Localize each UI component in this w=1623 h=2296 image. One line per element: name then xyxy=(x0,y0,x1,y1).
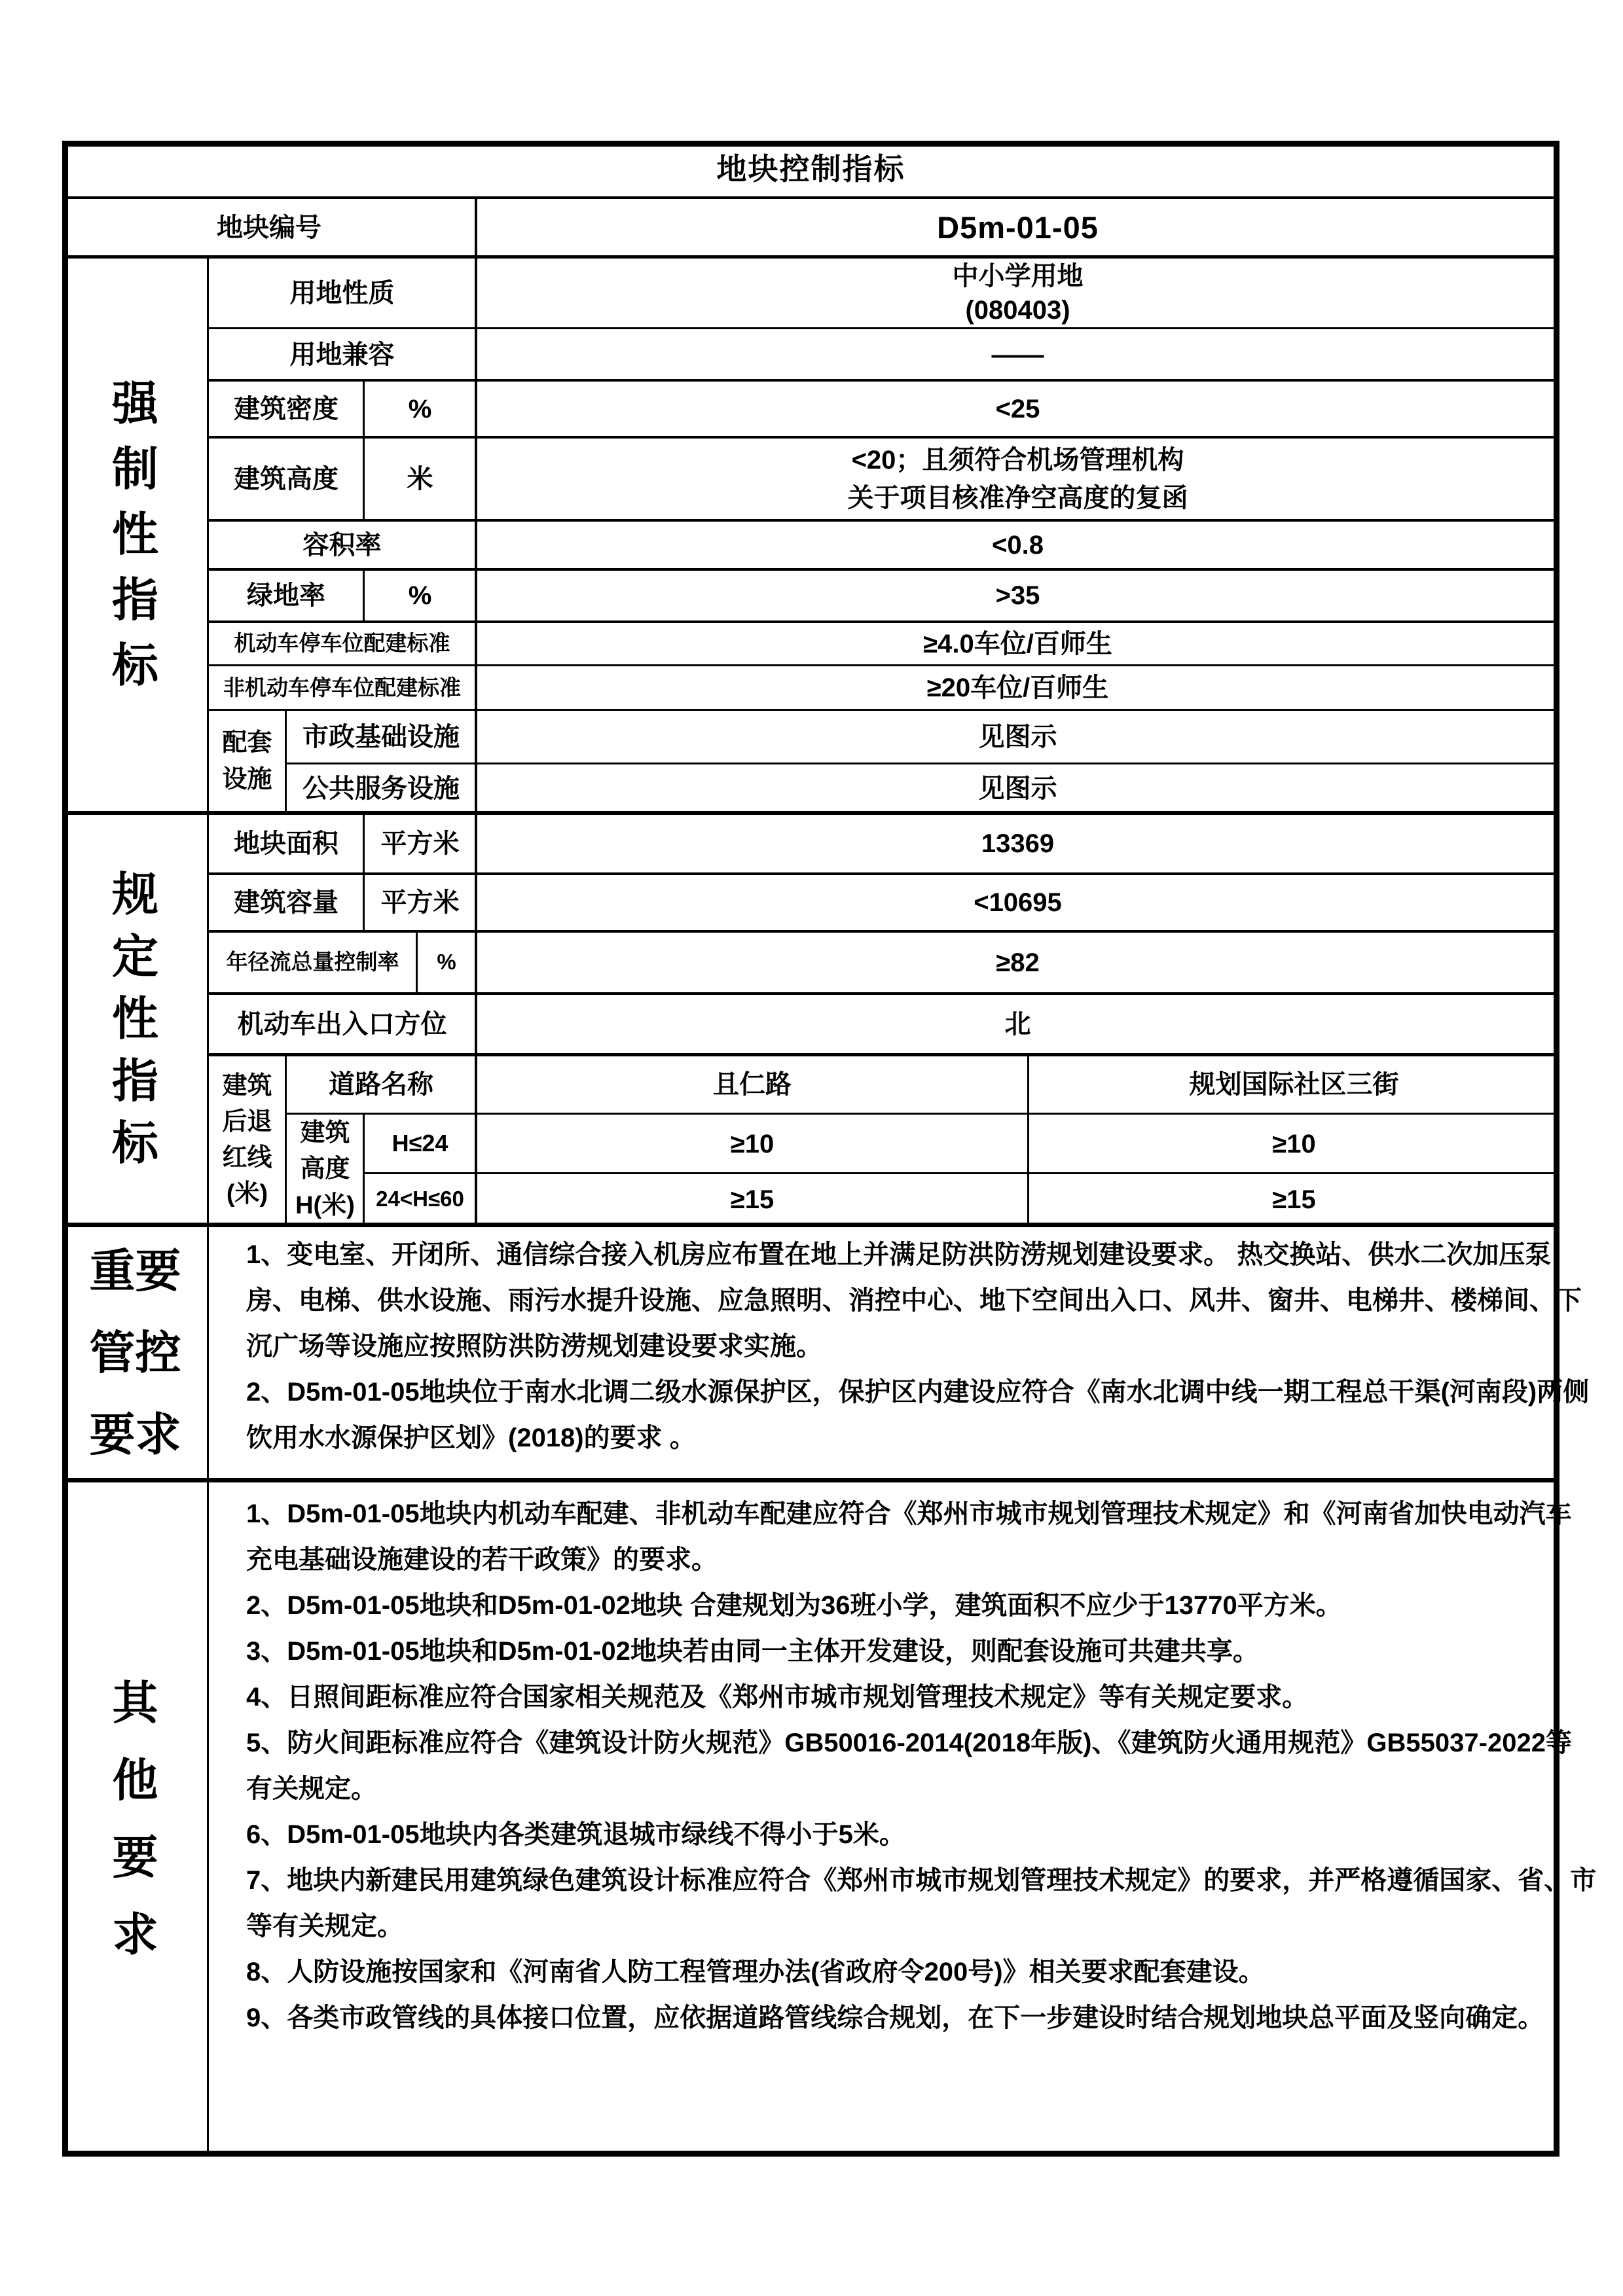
divider-line xyxy=(208,872,1559,875)
motor-parking-label: 机动车停车位配建标准 xyxy=(208,622,476,666)
setback-condition-1: H≤24 xyxy=(364,1114,476,1174)
setback-value-1-road1: ≥10 xyxy=(476,1114,1029,1174)
divider-line xyxy=(208,930,1559,933)
divider-line xyxy=(1027,1055,1029,1225)
municipal-facilities-label: 市政基础设施 xyxy=(286,710,476,764)
table-border-left xyxy=(62,141,68,2157)
table-border-bottom xyxy=(62,2151,1559,2157)
setback-value-1-road2: ≥10 xyxy=(1029,1114,1559,1174)
table-border-top xyxy=(62,141,1559,147)
public-facilities-label: 公共服务设施 xyxy=(286,764,476,813)
plot-area-value: 13369 xyxy=(476,813,1559,874)
runoff-control-unit: % xyxy=(417,931,476,994)
divider-line xyxy=(208,379,1559,382)
municipal-facilities-value: 见图示 xyxy=(476,710,1559,764)
road-name-1: 且仁路 xyxy=(476,1055,1029,1114)
setback-height-header: 建筑 高度 H(米) xyxy=(286,1114,364,1225)
runoff-control-value: ≥82 xyxy=(476,931,1559,994)
divider-line xyxy=(285,710,287,813)
table-border-right xyxy=(1554,141,1559,2157)
divider-line xyxy=(363,380,365,520)
far-value: <0.8 xyxy=(476,520,1559,569)
other-paragraph-4: 4、日照间距标准应符合国家相关规范及《郑州市城市规划管理技术规定》等有关规定要求… xyxy=(246,1674,1597,1720)
land-compat-value: —— xyxy=(476,329,1559,380)
divider-line xyxy=(208,327,1559,329)
plot-area-label: 地块面积 xyxy=(208,813,364,874)
category-mandatory-indicators: 强 制 性 指 标 xyxy=(62,257,208,813)
green-rate-value: >35 xyxy=(476,569,1559,622)
green-rate-unit: % xyxy=(364,569,476,622)
building-capacity-value: <10695 xyxy=(476,874,1559,931)
other-paragraph-6: 6、D5m-01-05地块内各类建筑退城市绿线不得小于5米。 xyxy=(246,1812,1597,1857)
plot-code-label: 地块编号 xyxy=(62,198,476,257)
building-height-value: <20；且须符合机场管理机构 关于项目核准净空高度的复函 xyxy=(476,437,1559,520)
vehicle-entrance-label: 机动车出入口方位 xyxy=(208,994,476,1055)
plot-control-table: 地块控制指标 地块编号 D5m-01-05 强 制 性 指 标 用地性质 中小学… xyxy=(62,141,1559,2157)
divider-line xyxy=(364,1172,1559,1174)
divider-line xyxy=(363,813,365,931)
other-paragraph-1: 1、D5m-01-05地块内机动车配建、非机动车配建应符合《郑州市城市规划管理技… xyxy=(246,1491,1597,1583)
divider-line xyxy=(208,519,1559,522)
divider-line xyxy=(475,198,477,1225)
table-title: 地块控制指标 xyxy=(62,141,1559,198)
other-paragraph-3: 3、D5m-01-05地块和D5m-01-02地块若由同一主体开发建设，则配套设… xyxy=(246,1628,1597,1674)
other-paragraph-9: 9、各类市政管线的具体接口位置，应依据道路管线综合规划，在下一步建设时结合规划地… xyxy=(246,1995,1597,2041)
document-page: 地块控制指标 地块编号 D5m-01-05 强 制 性 指 标 用地性质 中小学… xyxy=(0,0,1623,2296)
density-label: 建筑密度 xyxy=(208,380,364,437)
category-regulatory-indicators: 规 定 性 指 标 xyxy=(62,813,208,1225)
density-unit: % xyxy=(364,380,476,437)
public-facilities-value: 见图示 xyxy=(476,764,1559,813)
key-control-paragraph-2: 2、D5m-01-05地块位于南水北调二级水源保护区，保护区内建设应符合《南水北… xyxy=(246,1369,1597,1461)
land-compat-label: 用地兼容 xyxy=(208,329,476,380)
other-paragraph-8: 8、人防设施按国家和《河南省人防工程管理办法(省政府令200号)》相关要求配套建… xyxy=(246,1949,1597,1995)
divider-line xyxy=(62,196,1559,199)
density-value: <25 xyxy=(476,380,1559,437)
divider-line xyxy=(207,257,209,2157)
building-capacity-unit: 平方米 xyxy=(364,874,476,931)
road-name-2: 规划国际社区三街 xyxy=(1029,1055,1559,1114)
setback-condition-2: 24<H≤60 xyxy=(364,1174,476,1225)
divider-line xyxy=(208,992,1559,995)
divider-line xyxy=(208,664,1559,666)
road-name-header: 道路名称 xyxy=(286,1055,476,1114)
divider-line xyxy=(208,709,1559,711)
runoff-control-label: 年径流总量控制率 xyxy=(208,931,417,994)
land-use-label: 用地性质 xyxy=(208,257,476,329)
divider-line xyxy=(363,569,365,622)
far-label: 容积率 xyxy=(208,520,476,569)
category-other-requirements: 其 他 要 求 xyxy=(62,1480,208,2157)
building-height-label: 建筑高度 xyxy=(208,437,364,520)
building-height-unit: 米 xyxy=(364,437,476,520)
other-paragraph-2: 2、D5m-01-05地块和D5m-01-02地块 合建规划为36班小学，建筑面… xyxy=(246,1583,1597,1628)
facilities-group-label: 配套 设施 xyxy=(208,710,286,813)
setback-group-label: 建筑 后退 红线 (米) xyxy=(208,1055,286,1225)
nonmotor-parking-value: ≥20车位/百师生 xyxy=(476,666,1559,710)
key-control-paragraph-1: 1、变电室、开闭所、通信综合接入机房应布置在地上并满足防洪防涝规划建设要求。 热… xyxy=(246,1232,1597,1369)
setback-value-2-road2: ≥15 xyxy=(1029,1174,1559,1225)
divider-line xyxy=(208,620,1559,623)
land-use-value: 中小学用地 (080403) xyxy=(476,257,1559,329)
divider-line xyxy=(208,1053,1559,1056)
other-paragraph-7: 7、地块内新建民用建筑绿色建筑设计标准应符合《郑州市城市规划管理技术规定》的要求… xyxy=(246,1857,1597,1949)
building-capacity-label: 建筑容量 xyxy=(208,874,364,931)
plot-area-unit: 平方米 xyxy=(364,813,476,874)
plot-code-value: D5m-01-05 xyxy=(476,198,1559,257)
other-paragraph-5: 5、防火间距标准应符合《建筑设计防火规范》GB50016-2014(2018年版… xyxy=(246,1720,1597,1812)
section-divider-line xyxy=(62,1478,1559,1482)
section-divider-line xyxy=(62,1223,1559,1227)
key-control-text: 1、变电室、开闭所、通信综合接入机房应布置在地上并满足防洪防涝规划建设要求。 热… xyxy=(208,1225,1613,1487)
setback-value-2-road1: ≥15 xyxy=(476,1174,1029,1225)
divider-line xyxy=(208,436,1559,439)
section-divider-line xyxy=(62,811,1559,815)
motor-parking-value: ≥4.0车位/百师生 xyxy=(476,622,1559,666)
green-rate-label: 绿地率 xyxy=(208,569,364,622)
nonmotor-parking-label: 非机动车停车位配建标准 xyxy=(208,666,476,710)
vehicle-entrance-value: 北 xyxy=(476,994,1559,1055)
other-requirements-text: 1、D5m-01-05地块内机动车配建、非机动车配建应符合《郑州市城市规划管理技… xyxy=(208,1480,1613,2167)
divider-line xyxy=(285,1055,287,1225)
divider-line xyxy=(416,931,418,994)
divider-line xyxy=(62,255,1559,259)
divider-line xyxy=(208,568,1559,571)
category-key-control: 重要 管控 要求 xyxy=(62,1225,208,1480)
divider-line xyxy=(363,1114,365,1225)
